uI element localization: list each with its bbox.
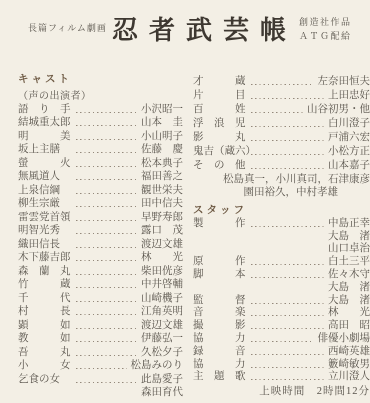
dot-leader [76,287,137,288]
credit-role: 製 作 [193,215,249,230]
credit-row: 影 丸戸浦六宏 [193,130,370,144]
credit-role: 鬼吉（蔵六） [193,143,249,158]
credit-name: 戸浦六宏 [328,129,370,144]
dot-leader [251,379,324,380]
credit-role: 才 蔵 [193,73,249,88]
dot-leader [251,84,314,85]
dot-leader [251,168,324,169]
credit-role: 百 姓 [193,101,249,116]
credit-row: 百 姓山谷初男・他 [193,102,370,116]
credit-name: 白川澄子 [328,115,370,130]
dot-leader [76,247,137,248]
credit-role: 片 目 [193,87,249,102]
dot-leader [251,277,324,278]
film-title: 忍者武芸帳 [112,10,297,47]
credit-row: 主 題 歌立川澄人 [193,371,370,384]
dot-leader [76,368,127,369]
dot-leader [76,260,137,261]
credits-page: 長篇フィルム劇画 忍者武芸帳 創造社作品 ＡＴＧ配給 キャスト （声の出演者） … [0,0,370,403]
dot-leader [251,367,324,368]
dot-leader [76,206,137,207]
dot-leader [251,315,324,316]
credit-name: 左奈田恒夫 [318,73,370,88]
dot-leader [76,179,137,180]
credit-extra-name: 園田裕久，中村孝雄 [193,186,370,200]
dot-leader [251,341,314,342]
credit-row: 才 蔵左奈田恒夫 [193,74,370,88]
dot-leader [251,154,324,155]
dot-leader [251,303,324,304]
credit-name: 立川澄人 [328,368,370,383]
credit-name: 山谷初男・他 [307,101,370,116]
dot-leader [251,264,324,265]
credit-name: 小松方正 [328,143,370,158]
runtime-label: 上映時間 2時間12分 [193,383,370,398]
credit-row: 浮 浪 児白川澄子 [193,116,370,130]
credit-role: 脚 本 [193,266,249,281]
cast-heading: キャスト [18,70,183,86]
film-format-label: 長篇フィルム劇画 [28,21,107,34]
dot-leader [251,98,324,99]
credit-name: 園田裕久，中村孝雄 [244,184,339,199]
page-header: 長篇フィルム劇画 忍者武芸帳 創造社作品 ＡＴＧ配給 [0,0,370,62]
credit-role: 浮 浪 児 [193,115,249,130]
dot-leader [76,112,137,113]
dot-leader [251,140,324,141]
credit-row: 鬼吉（蔵六）小松方正 [193,144,370,158]
dot-leader [251,354,324,355]
production-company: 創造社作品 [299,15,352,29]
dot-leader [76,274,137,275]
dot-leader [76,341,137,342]
cast-extra-names-right: 松島真一，小川真司，石津康彦園田裕久，中村孝雄 [193,172,370,199]
dot-leader [76,314,137,315]
dot-leader [76,301,137,302]
dot-leader [76,166,137,167]
cast-column-left: キャスト （声の出演者） 語 り 手小沢昭一結城重太郎山本 圭明 美小山明子坂上… [18,70,183,399]
cast-list-right: 才 蔵左奈田恒夫片 目上田忠好百 姓山谷初男・他浮 浪 児白川澄子影 丸戸浦六宏… [193,74,370,172]
cast-list-left: 語 り 手小沢昭一結城重太郎山本 圭明 美小山明子坂上主膳佐藤 慶螢 火松本典子… [18,102,183,386]
dot-leader [251,112,303,113]
dot-leader [76,125,137,126]
dot-leader [76,220,137,221]
dot-leader [251,226,324,227]
distributor: ＡＴＧ配給 [299,29,352,43]
cast-column-right: 才 蔵左奈田恒夫片 目上田忠好百 姓山谷初男・他浮 浪 児白川澄子影 丸戸浦六宏… [193,70,370,399]
dot-leader [76,233,137,234]
cast-extra-names-left: 森田育代 [18,386,183,400]
staff-list: 製 作中島正幸大島 渚山口卓治原 作白土三平脚 本佐々木守大島 渚監 督大島 渚… [193,217,370,383]
dot-leader [76,152,137,153]
publisher-block: 創造社作品 ＡＴＧ配給 [299,15,352,43]
credit-row: 片 目上田忠好 [193,88,370,102]
dot-leader [76,139,137,140]
dot-leader [76,193,137,194]
credit-role: 主 題 歌 [193,368,249,383]
credit-role: 影 丸 [193,129,249,144]
dot-leader [76,382,137,383]
credit-name: 森田育代 [141,384,183,399]
dot-leader [251,328,324,329]
credit-name: 上田忠好 [328,87,370,102]
credit-extra-name: 森田育代 [18,386,183,400]
dot-leader [76,355,137,356]
dot-leader [76,328,137,329]
credit-role: 乞食の女 [18,371,74,386]
dot-leader [251,126,324,127]
credits-columns: キャスト （声の出演者） 語 り 手小沢昭一結城重太郎山本 圭明 美小山明子坂上… [18,70,370,399]
